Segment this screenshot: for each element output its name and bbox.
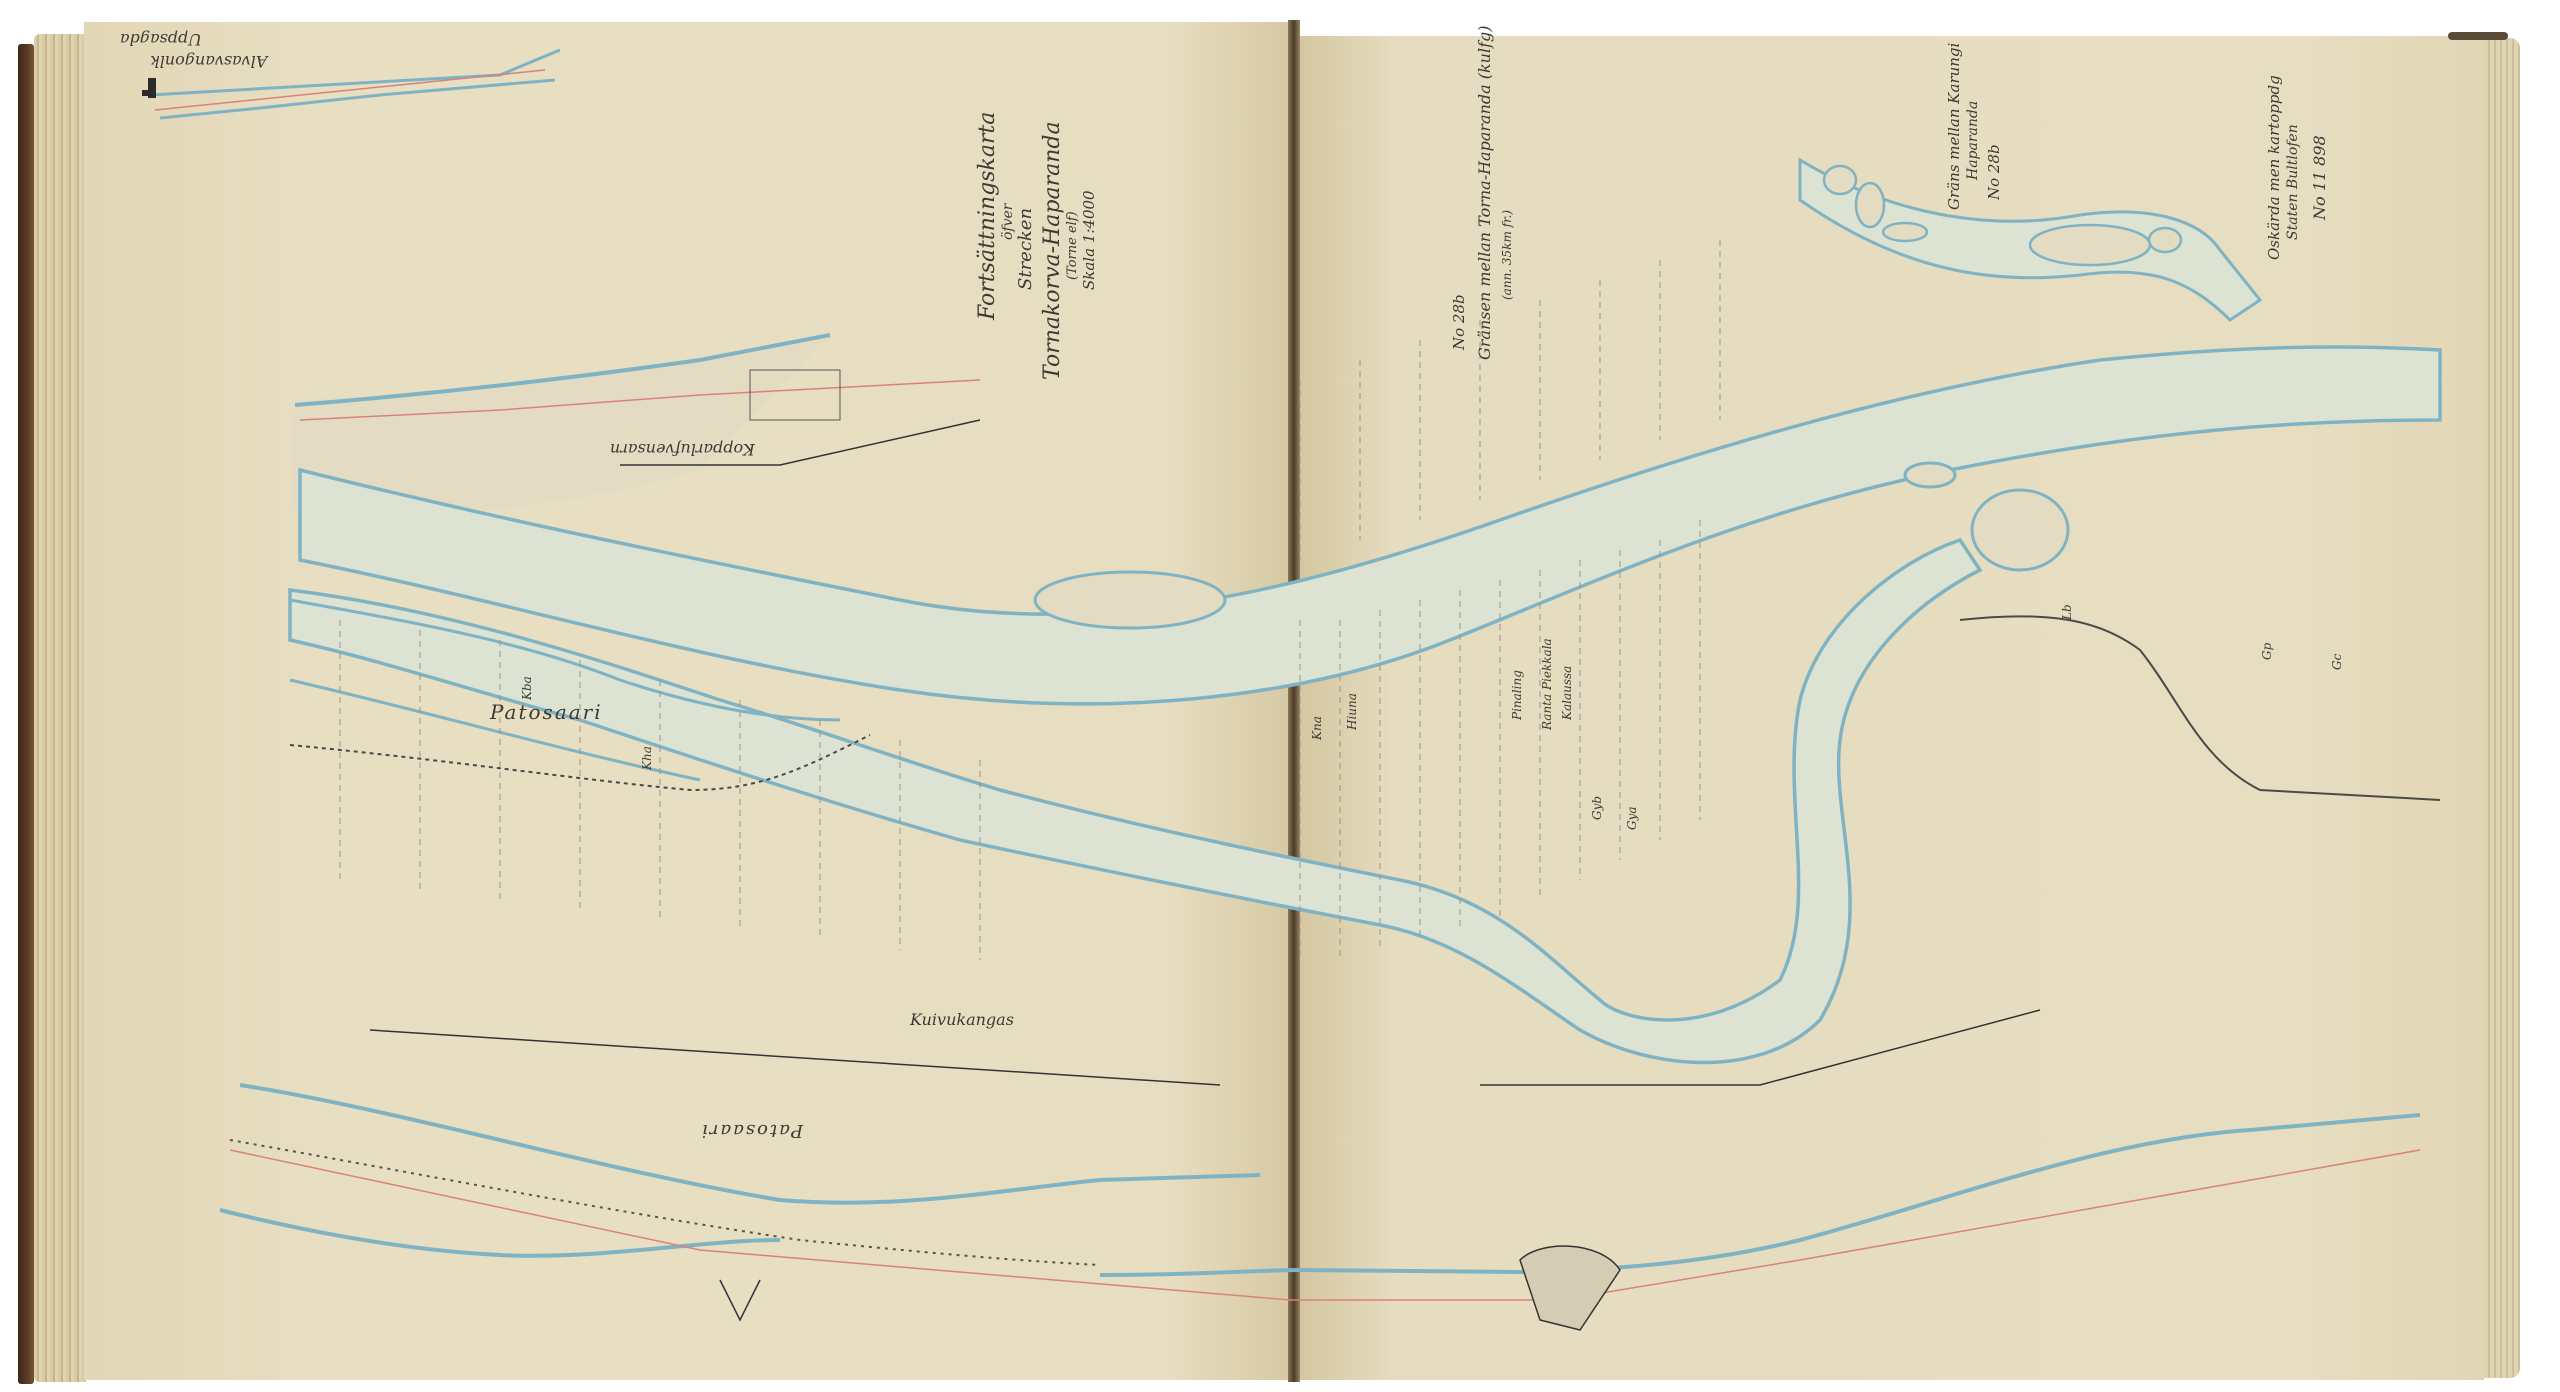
parcel-label: Gyb <box>1590 796 1604 820</box>
parcel-label: Kalaussa <box>1560 666 1574 720</box>
parcel-label: Ranta Piekkala <box>1540 638 1554 730</box>
note-line1: Gränsen mellan Torna-Haparanda (kulfg) <box>1475 25 1494 360</box>
border-note-number: No 28b <box>1985 144 2003 200</box>
title-line5: (Torne elf) <box>1065 211 1080 280</box>
book-spread: Fortsättningskarta öfver Strecken Tornak… <box>0 0 2560 1392</box>
lower-inset-river <box>220 1085 2420 1330</box>
border-note-line1: Gräns mellan Karungi <box>1945 43 1963 210</box>
far-right-note-line2: Staten Bultlofen <box>2285 124 2301 240</box>
parcel-label: Lb <box>2060 604 2074 620</box>
parcel-label: Kba <box>520 676 534 700</box>
parcel-label: Gya <box>1625 806 1639 830</box>
parcel-label: Pinaling <box>1510 670 1524 720</box>
title-line2: öfver <box>1000 204 1016 241</box>
note-number: No 28b <box>1450 294 1468 350</box>
river-map <box>0 0 2560 1392</box>
title-line1: Fortsättningskarta <box>975 112 1000 320</box>
upside-down-label-2: Alvasvangonlk <box>150 52 267 71</box>
place-kuivukangas: Kuivukangas <box>910 1010 1014 1029</box>
parcel-label: Hiuna <box>1345 693 1359 730</box>
place-patosaari: Patosaari <box>490 700 603 724</box>
parcel-label: Kha <box>640 746 654 770</box>
upside-down-label-3: Kopparlufvensarn <box>610 440 755 459</box>
main-river <box>290 160 2440 1063</box>
map-scale: Skala 1:4000 <box>1080 190 1098 290</box>
inset-border-left <box>370 1030 1220 1085</box>
far-right-note-line1: Oskärda men kartoppdg <box>2265 75 2283 260</box>
place-patosaari-inset: Patosaari <box>700 1120 803 1141</box>
note-line2: (ann. 35km fr.) <box>1500 210 1514 300</box>
parcel-label: Kna <box>1310 716 1324 740</box>
title-line3: Strecken <box>1015 208 1036 290</box>
border-note-line2: Haparanda <box>1965 101 1981 180</box>
parcel-label: Gc <box>2330 654 2344 670</box>
far-right-note-number: No 11 898 <box>2310 135 2329 220</box>
upside-down-label-1: Uppsagda <box>120 30 202 49</box>
railway-line-right <box>1960 616 2440 800</box>
title-line4: Tornakorva-Haparanda <box>1040 121 1065 380</box>
parcel-label: Gp <box>2260 643 2274 660</box>
